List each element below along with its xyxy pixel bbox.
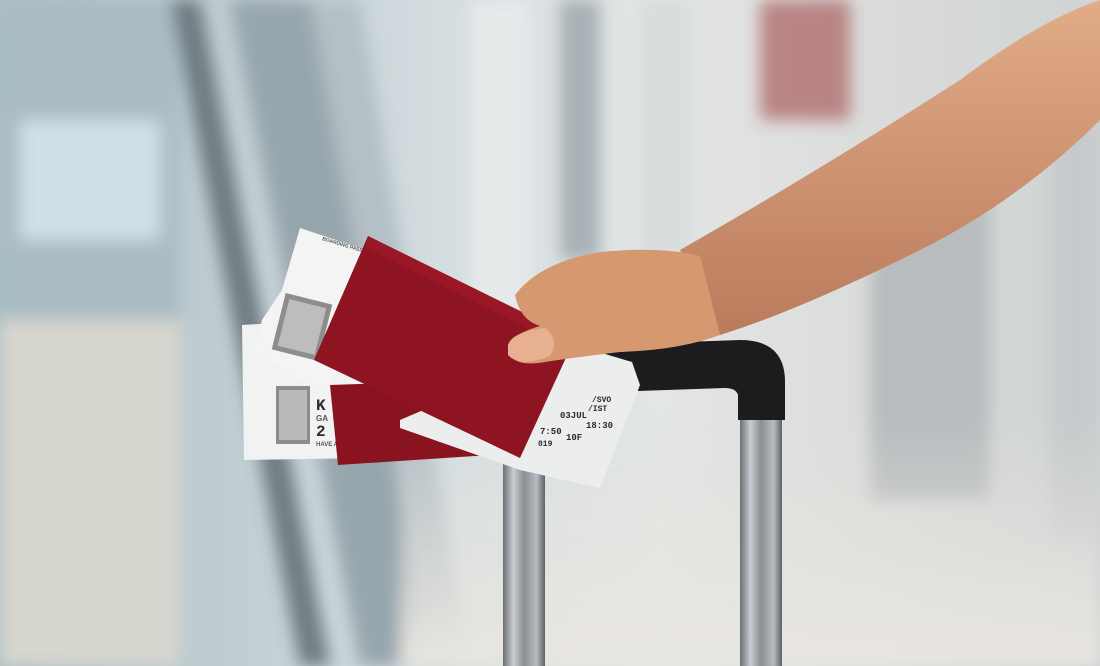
airport-photo: K GA 2 HAVE A BOARDING PASS /SVO /IST 03… [0,0,1100,666]
svg-text:/SVO: /SVO [592,396,611,405]
svg-text:/IST: /IST [588,405,607,414]
svg-text:03JUL: 03JUL [560,411,587,421]
svg-text:7:50: 7:50 [540,427,562,437]
svg-text:019: 019 [538,440,553,449]
svg-text:HAVE A: HAVE A [316,442,339,448]
svg-text:GA: GA [316,414,328,423]
svg-text:18:30: 18:30 [586,421,613,431]
photo-scene: K GA 2 HAVE A BOARDING PASS /SVO /IST 03… [0,0,1100,666]
svg-text:10F: 10F [566,433,582,443]
gate-letter-k: K [316,397,326,415]
svg-text:2: 2 [316,423,326,441]
